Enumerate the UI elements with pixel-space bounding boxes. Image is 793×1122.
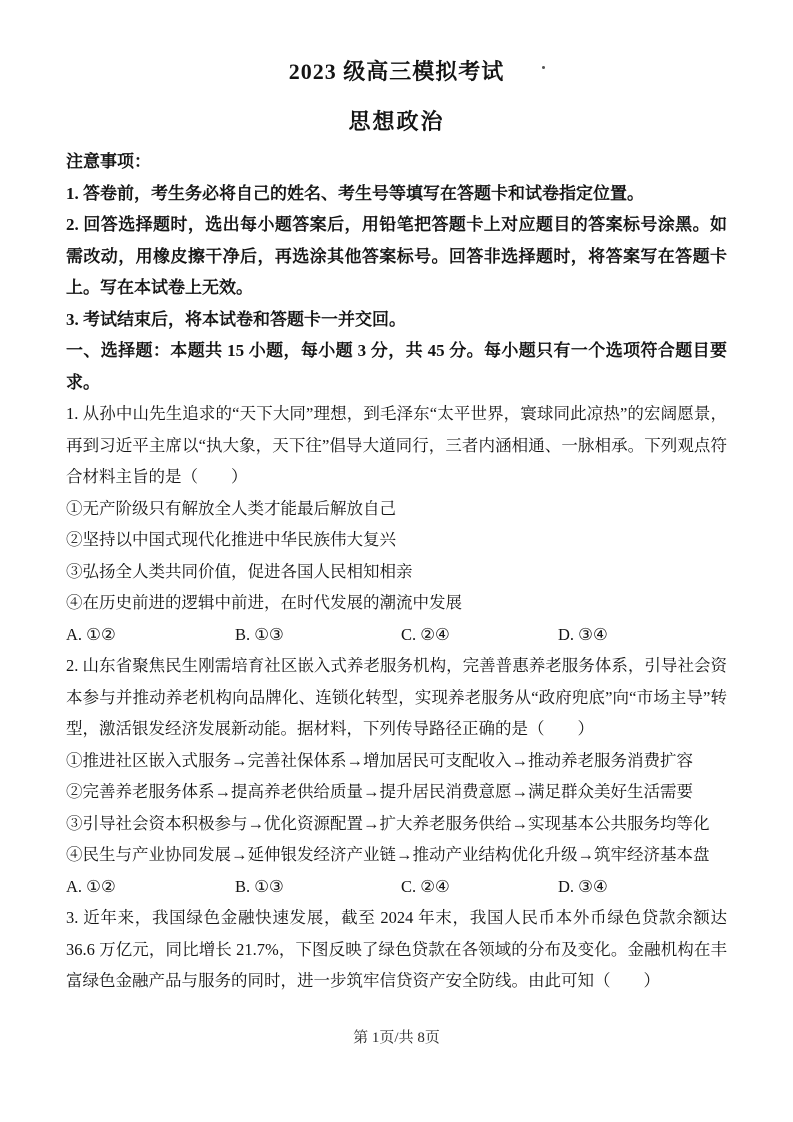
- page-footer: 第 1页/共 8页: [0, 1026, 793, 1047]
- notice-item-3: 3. 考试结束后，将本试卷和答题卡一并交回。: [66, 304, 727, 336]
- question-stem: 3. 近年来，我国绿色金融快速发展，截至 2024 年末，我国人民币本外币绿色贷…: [66, 902, 727, 997]
- section-heading: 一、选择题：本题共 15 小题，每小题 3 分，共 45 分。每小题只有一个选项…: [66, 335, 727, 398]
- statement-list: ①推进社区嵌入式服务→完善社保体系→增加居民可支配收入→推动养老服务消费扩容 ②…: [66, 745, 727, 871]
- exam-subject: 思想政治: [66, 106, 727, 138]
- choice-a: A. ①②: [66, 619, 235, 651]
- choice-row: A. ①② B. ①③ C. ②④ D. ③④: [66, 619, 727, 651]
- notice-heading: 注意事项：: [66, 146, 727, 178]
- choice-b: B. ①③: [235, 871, 401, 903]
- question-2: 2. 山东省聚焦民生刚需培育社区嵌入式养老服务机构，完善普惠养老服务体系，引导社…: [66, 650, 727, 902]
- choice-d: D. ③④: [558, 619, 727, 651]
- statement-line: ①无产阶级只有解放全人类才能最后解放自己: [66, 493, 727, 525]
- statement-line: ④民生与产业协同发展→延伸银发经济产业链→推动产业结构优化升级→筑牢经济基本盘: [66, 839, 727, 871]
- exam-page: 2023 级高三模拟考试 思想政治 注意事项： 1. 答卷前，考生务必将自己的姓…: [0, 0, 793, 1122]
- choice-a: A. ①②: [66, 871, 235, 903]
- choice-c: C. ②④: [401, 871, 558, 903]
- choice-c: C. ②④: [401, 619, 558, 651]
- choice-row: A. ①② B. ①③ C. ②④ D. ③④: [66, 871, 727, 903]
- choice-b: B. ①③: [235, 619, 401, 651]
- choice-d: D. ③④: [558, 871, 727, 903]
- statement-line: ③弘扬全人类共同价值，促进各国人民相知相亲: [66, 556, 727, 588]
- statement-list: ①无产阶级只有解放全人类才能最后解放自己 ②坚持以中国式现代化推进中华民族伟大复…: [66, 493, 727, 619]
- notice-list: 1. 答卷前，考生务必将自己的姓名、考生号等填写在答题卡和试卷指定位置。 2. …: [66, 178, 727, 336]
- ink-speck: [542, 66, 545, 69]
- statement-line: ③引导社会资本积极参与→优化资源配置→扩大养老服务供给→实现基本公共服务均等化: [66, 808, 727, 840]
- notice-item-2: 2. 回答选择题时，选出每小题答案后，用铅笔把答题卡上对应题目的答案标号涂黑。如…: [66, 209, 727, 304]
- statement-line: ④在历史前进的逻辑中前进，在时代发展的潮流中发展: [66, 587, 727, 619]
- question-stem: 1. 从孙中山先生追求的“天下大同”理想，到毛泽东“太平世界，寰球同此凉热”的宏…: [66, 398, 727, 493]
- question-stem: 2. 山东省聚焦民生刚需培育社区嵌入式养老服务机构，完善普惠养老服务体系，引导社…: [66, 650, 727, 745]
- question-3: 3. 近年来，我国绿色金融快速发展，截至 2024 年末，我国人民币本外币绿色贷…: [66, 902, 727, 997]
- notice-item-1: 1. 答卷前，考生务必将自己的姓名、考生号等填写在答题卡和试卷指定位置。: [66, 178, 727, 210]
- statement-line: ②完善养老服务体系→提高养老供给质量→提升居民消费意愿→满足群众美好生活需要: [66, 776, 727, 808]
- statement-line: ②坚持以中国式现代化推进中华民族伟大复兴: [66, 524, 727, 556]
- question-1: 1. 从孙中山先生追求的“天下大同”理想，到毛泽东“太平世界，寰球同此凉热”的宏…: [66, 398, 727, 650]
- exam-title: 2023 级高三模拟考试: [66, 56, 727, 88]
- statement-line: ①推进社区嵌入式服务→完善社保体系→增加居民可支配收入→推动养老服务消费扩容: [66, 745, 727, 777]
